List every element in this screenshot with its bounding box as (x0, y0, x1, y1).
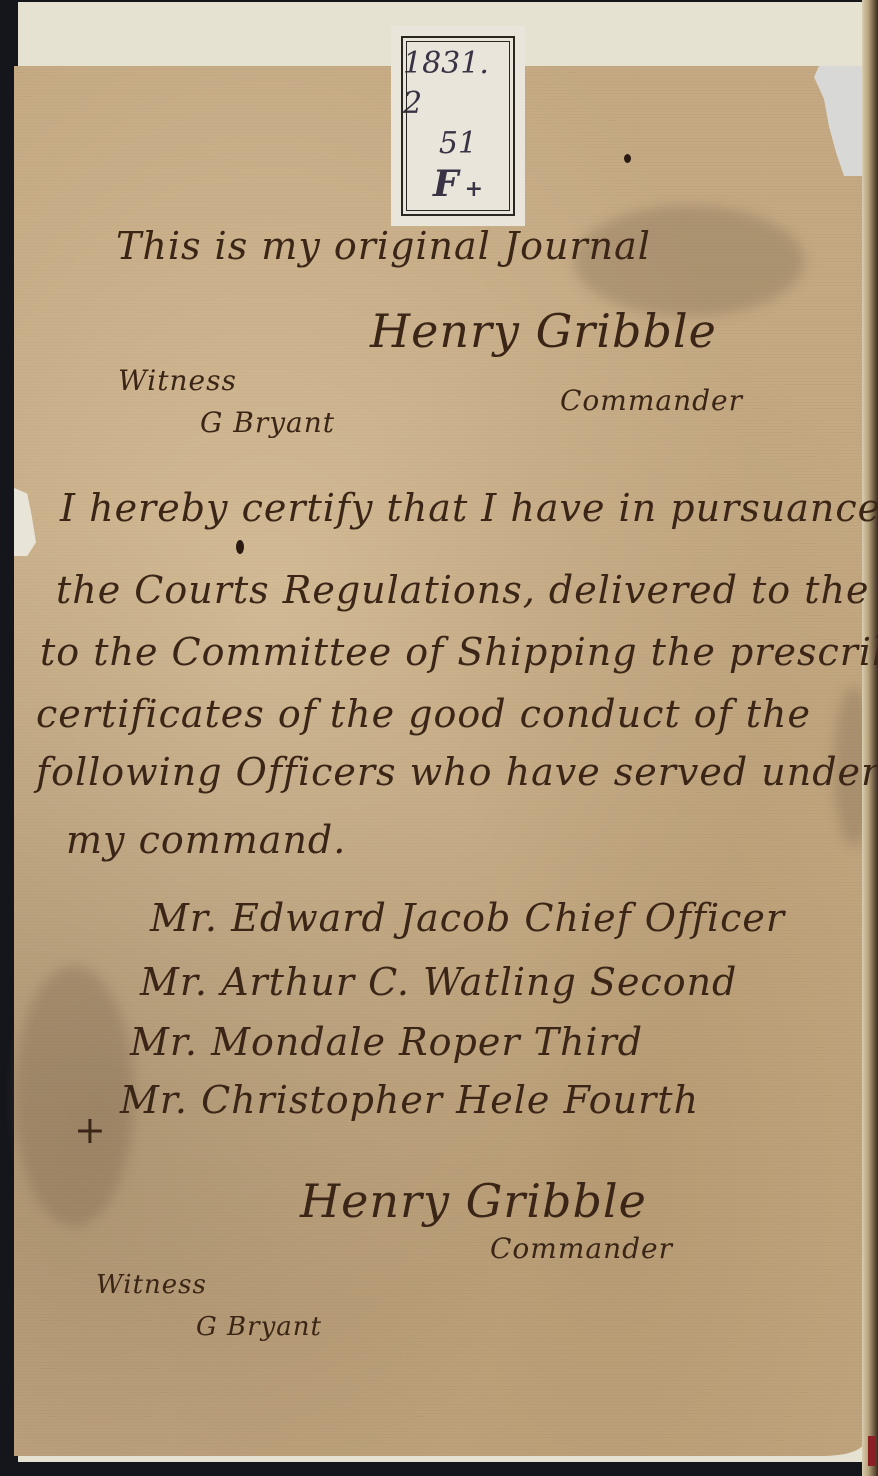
certificate-line: the Courts Regulations, delivered to the… (56, 568, 878, 612)
catalog-label-frame: 1831. 2 51 F+ (401, 36, 515, 216)
officer-row: Mr. Arthur C. Watling Second (140, 960, 737, 1004)
commander-title-top: Commander (560, 384, 743, 417)
officer-prefix: Mr. (150, 896, 218, 940)
officer-name: Edward Jacob (231, 896, 511, 940)
witness-name-bottom: G Bryant (196, 1312, 322, 1342)
officer-prefix: Mr. (140, 960, 208, 1004)
officer-name: Mondale Roper (211, 1020, 520, 1064)
certificate-line: certificates of the good conduct of the (36, 692, 811, 736)
book-spine (862, 0, 878, 1476)
spine-ribbon (868, 1436, 876, 1466)
declaration-text: This is my original Journal (116, 224, 651, 268)
officer-rank: Second (590, 960, 737, 1004)
officer-prefix: Mr. (120, 1078, 188, 1122)
certificate-line: to the Committee of Shipping the prescri… (40, 630, 878, 674)
officer-row: Mr. Mondale Roper Third (130, 1020, 643, 1064)
certificate-line: following Officers who have served under (36, 750, 878, 794)
water-stain (14, 966, 134, 1226)
catalog-number: 51 (439, 124, 477, 164)
certificate-line: I hereby certify that I have in pursuanc… (60, 486, 878, 530)
officer-row: Mr. Christopher Hele Fourth (120, 1078, 699, 1122)
signature-bottom: Henry Gribble (300, 1174, 647, 1228)
catalog-label: 1831. 2 51 F+ (391, 26, 525, 226)
certificate-line: my command. (66, 818, 346, 862)
officer-name: Christopher Hele (201, 1078, 550, 1122)
catalog-letter: F+ (433, 164, 483, 209)
catalog-letter-text: F (433, 163, 459, 205)
signature-top: Henry Gribble (370, 304, 717, 358)
officer-rank: Chief Officer (524, 896, 785, 940)
witness-name-top: G Bryant (200, 406, 335, 439)
witness-label-top: Witness (118, 364, 237, 397)
officer-prefix: Mr. (130, 1020, 198, 1064)
witness-label-bottom: Witness (96, 1270, 207, 1300)
ink-blot (624, 154, 631, 163)
margin-cross-mark: + (74, 1108, 107, 1152)
officer-rank: Fourth (564, 1078, 700, 1122)
ink-blot (236, 540, 244, 554)
catalog-year: 1831. 2 (403, 44, 513, 124)
commander-title-bottom: Commander (490, 1232, 673, 1265)
officer-name: Arthur C. Watling (221, 960, 577, 1004)
cross-mark: + (465, 176, 483, 202)
officer-rank: Third (534, 1020, 643, 1064)
officer-row: Mr. Edward Jacob Chief Officer (150, 896, 785, 940)
